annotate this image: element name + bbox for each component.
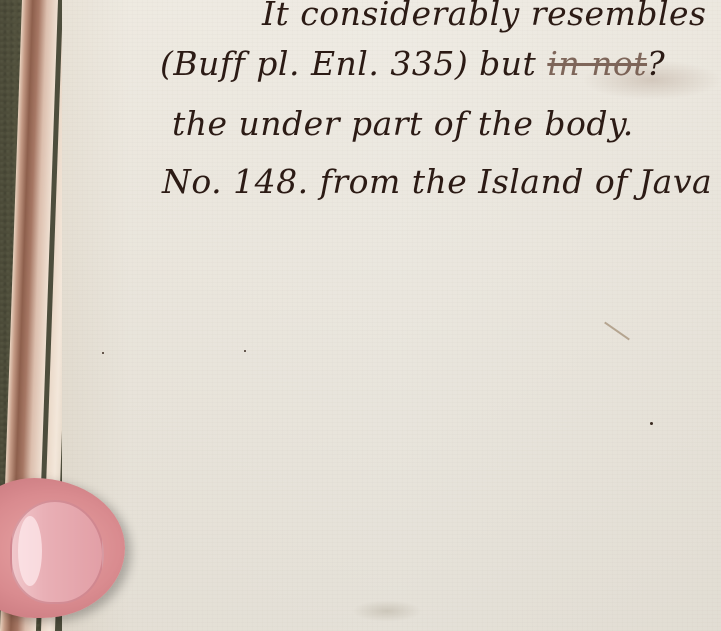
paper-stain — [352, 600, 422, 622]
handwritten-line-2-text: (Buff pl. Enl. 335) but — [160, 44, 536, 83]
handwritten-line-1: It considerably resembles — [262, 0, 707, 33]
question-mark: ? — [647, 44, 665, 83]
struck-out-text: in not — [547, 44, 647, 83]
paper-speck — [650, 422, 653, 425]
manuscript-page: It considerably resembles (Buff pl. Enl.… — [62, 0, 721, 631]
handwritten-line-3: the under part of the body. — [172, 104, 634, 143]
paper-speck — [244, 350, 246, 352]
thumbnail-nail — [10, 500, 104, 604]
nail-lunula — [18, 516, 42, 586]
photo-scene: It considerably resembles (Buff pl. Enl.… — [0, 0, 721, 631]
handwritten-line-4: No. 148. from the Island of Java — [162, 162, 712, 201]
paper-fiber — [604, 322, 630, 341]
paper-speck — [102, 352, 104, 354]
handwritten-line-2: (Buff pl. Enl. 335) but in not? — [160, 44, 665, 83]
